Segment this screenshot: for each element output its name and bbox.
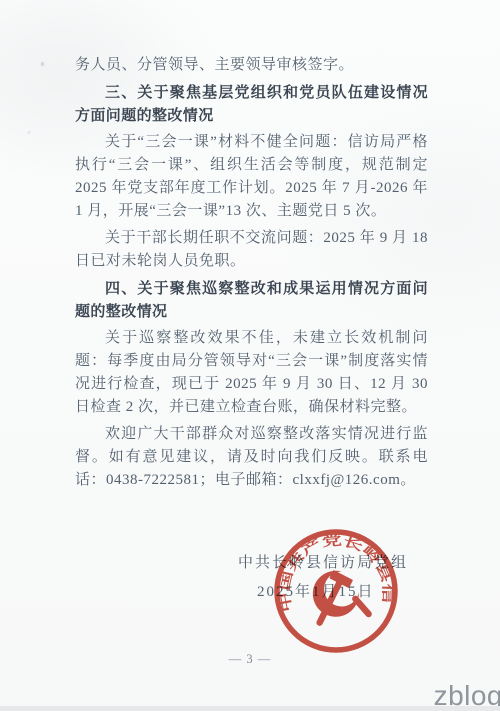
- paragraph: 关于巡察整改效果不佳，未建立长效机制问题：每季度由局分管领导对“三会一课”制度落…: [75, 327, 428, 419]
- seal-ring-text: 中国共产党长岭县信访局党组: [266, 521, 401, 627]
- paragraph: 关于干部长期任职不交流问题：2025 年 9 月 18 日已对未轮岗人员免职。: [75, 227, 428, 273]
- document-body: 务人员、分管领导、主要领导审核签字。 三、关于聚焦基层党组织和党员队伍建设情况方…: [75, 54, 428, 496]
- paragraph-continuation: 务人员、分管领导、主要领导审核签字。: [75, 54, 428, 77]
- paragraph: 关于“三会一课”材料不健全问题：信访局严格执行“三会一课”、组织生活会等制度，规…: [75, 131, 428, 223]
- signature-organization: 中共长岭县信访局党组: [238, 551, 408, 572]
- scan-edge-shadow: [0, 706, 500, 711]
- page-number: — 3 —: [210, 652, 290, 667]
- scan-artifact: [28, 131, 30, 134]
- section-heading-3: 三、关于聚焦基层党组织和党员队伍建设情况方面问题的整改情况: [75, 81, 428, 127]
- seal-ring-text-curve: 中国共产党长岭县信访局党组: [266, 521, 401, 627]
- signature-date: 2025年1月15日: [257, 580, 375, 601]
- scanned-document-page: 务人员、分管领导、主要领导审核签字。 三、关于聚焦基层党组织和党员队伍建设情况方…: [0, 0, 500, 711]
- section-heading-4: 四、关于聚焦巡察整改和成果运用情况方面问题的整改情况: [75, 277, 428, 323]
- paragraph: 欢迎广大干部群众对巡察整改落实情况进行监督。如有意见建议，请及时向我们反映。联系…: [75, 423, 428, 492]
- scan-artifact: [41, 62, 44, 66]
